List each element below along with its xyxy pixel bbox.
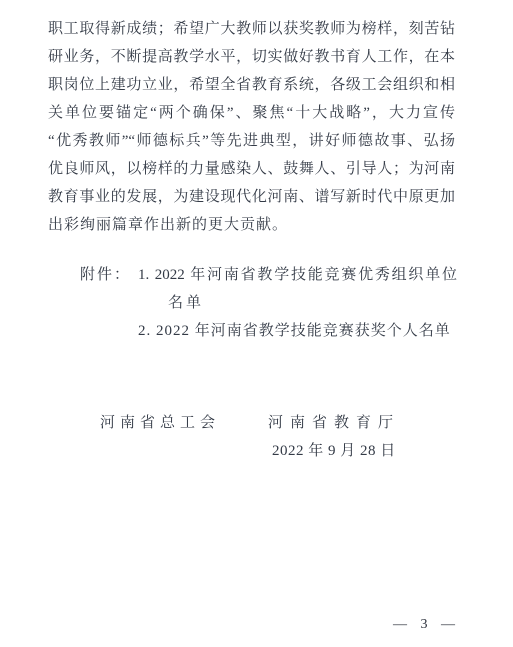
attachment-row-1: 附件：1. 2022 年河南省教学技能竞赛优秀组织单位 bbox=[80, 261, 457, 289]
attachment-list: 附件：1. 2022 年河南省教学技能竞赛优秀组织单位 名单 2. 2022 年… bbox=[80, 261, 457, 345]
body-paragraph: 职工取得新成绩；希望广大教师以获奖教师为榜样，刻苦钻 研业务，不断提高教学水平，… bbox=[48, 15, 455, 239]
page-number: — 3 — bbox=[393, 615, 460, 635]
signature-date: 2022 年 9 月 28 日 bbox=[272, 437, 396, 465]
paragraph-line: 职岗位上建功立业，希望全省教育系统，各级工会组织和相 bbox=[48, 71, 455, 99]
paragraph-line: 职工取得新成绩；希望广大教师以获奖教师为榜样，刻苦钻 bbox=[48, 15, 455, 43]
document-page: 职工取得新成绩；希望广大教师以获奖教师为榜样，刻苦钻 研业务，不断提高教学水平，… bbox=[0, 0, 513, 647]
paragraph-line: 教育事业的发展，为建设现代化河南、谱写新时代中原更加 bbox=[48, 183, 455, 211]
paragraph-line: 优良师风，以榜样的力量感染人、鼓舞人、引导人；为河南 bbox=[48, 155, 455, 183]
attachment-label: 附件： bbox=[80, 261, 138, 289]
attachment-item-1: 1. 2022 年河南省教学技能竞赛优秀组织单位 bbox=[138, 261, 457, 289]
attachment-item-2: 2. 2022 年河南省教学技能竞赛获奖个人名单 bbox=[80, 317, 457, 345]
signature-org-left: 河南省总工会 bbox=[100, 409, 220, 437]
paragraph-line: 出彩绚丽篇章作出新的更大贡献。 bbox=[48, 211, 455, 239]
signature-org-right: 河南省教育厅 bbox=[268, 409, 400, 437]
paragraph-line: “优秀教师”“师德标兵”等先进典型，讲好师德故事、弘扬 bbox=[48, 127, 455, 155]
attachment-item-1-continuation: 名单 bbox=[80, 289, 457, 317]
paragraph-line: 研业务，不断提高教学水平，切实做好教书育人工作，在本 bbox=[48, 43, 455, 71]
paragraph-line: 关单位要锚定“两个确保”、聚焦“十大战略”，大力宣传 bbox=[48, 99, 455, 127]
